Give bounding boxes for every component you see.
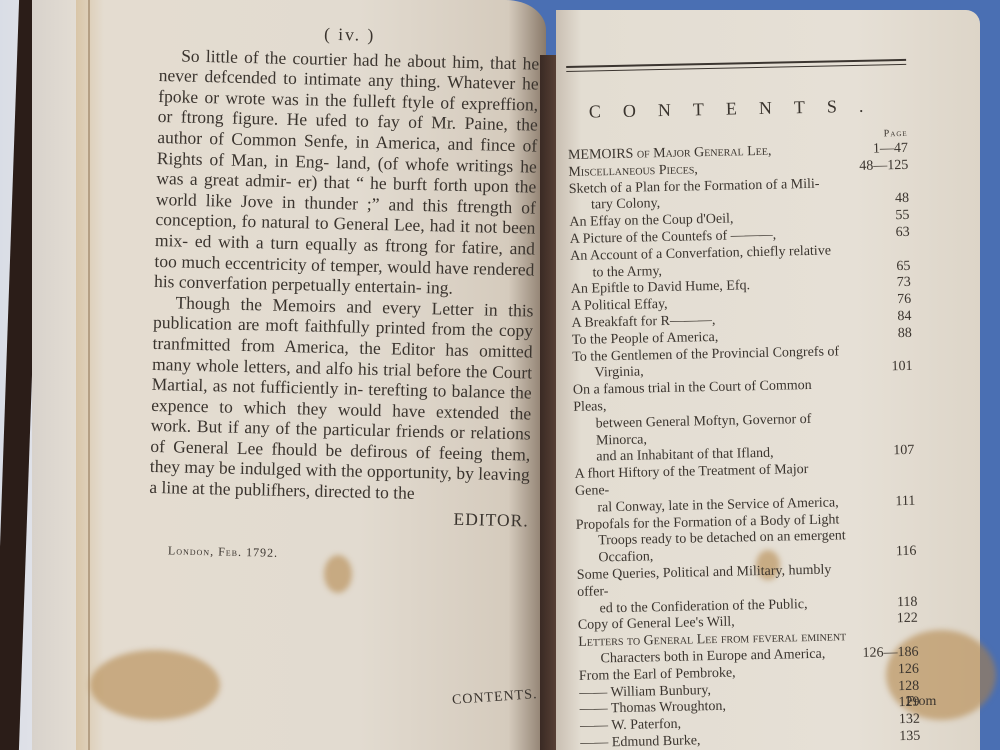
entry-page: 65 <box>840 258 910 276</box>
contents-title: CONTENTS. <box>567 95 907 123</box>
entry-page: 132 <box>850 712 920 730</box>
contents-list: MEMOIRS of Major General Lee,1—47Miscell… <box>568 141 921 750</box>
paragraph-1: So little of the courtier had he about h… <box>154 45 540 301</box>
entry-page <box>848 628 918 646</box>
entry-page <box>847 561 918 596</box>
editor-signature: EDITOR. <box>149 502 529 531</box>
double-rule <box>566 59 906 72</box>
entry-page: 126—186 <box>848 645 918 663</box>
entry-page <box>840 242 910 260</box>
entry-page: 126 <box>849 661 919 679</box>
entry-page <box>845 460 916 495</box>
entry-page: 48—125 <box>838 158 908 176</box>
entry-page: 111 <box>845 494 915 512</box>
entry-page: 1—47 <box>838 141 908 159</box>
entry-title: Some Queries, Political and Military, hu… <box>577 562 848 601</box>
entry-title: between General Moftyn, Governor of Mino… <box>574 411 845 450</box>
entry-page: 118 <box>847 594 917 612</box>
entry-title: On a famous trial in the Court of Common… <box>573 377 844 416</box>
entry-page: 135 <box>850 729 920 747</box>
flyleaf <box>32 0 77 750</box>
entry-page: 88 <box>842 326 912 344</box>
paragraph-2: Though the Memoirs and every Letter in t… <box>149 292 534 507</box>
right-catchword: From <box>906 694 936 710</box>
entry-page: 55 <box>839 208 909 226</box>
entry-page <box>846 510 916 528</box>
entry-page <box>843 410 914 445</box>
contents-page: CONTENTS. Page MEMOIRS of Major General … <box>566 51 920 750</box>
entry-title: A fhort Hiftory of the Treatment of Majo… <box>575 461 846 500</box>
entry-page: 48 <box>839 191 909 209</box>
entry-page: 101 <box>842 359 912 377</box>
entry-page <box>842 342 912 360</box>
water-stain <box>90 650 220 720</box>
entry-page: 76 <box>841 292 911 310</box>
entry-page: 116 <box>846 544 916 562</box>
entry-page: 122 <box>848 611 918 629</box>
entry-page: 107 <box>844 443 914 461</box>
entry-page <box>839 174 909 192</box>
entry-page <box>846 527 916 545</box>
entry-page: 63 <box>840 225 910 243</box>
entry-page <box>843 376 914 411</box>
entry-page: 84 <box>841 309 911 327</box>
entry-page: 73 <box>841 275 911 293</box>
left-page-text: ( iv. ) So little of the courtier had he… <box>148 20 540 569</box>
